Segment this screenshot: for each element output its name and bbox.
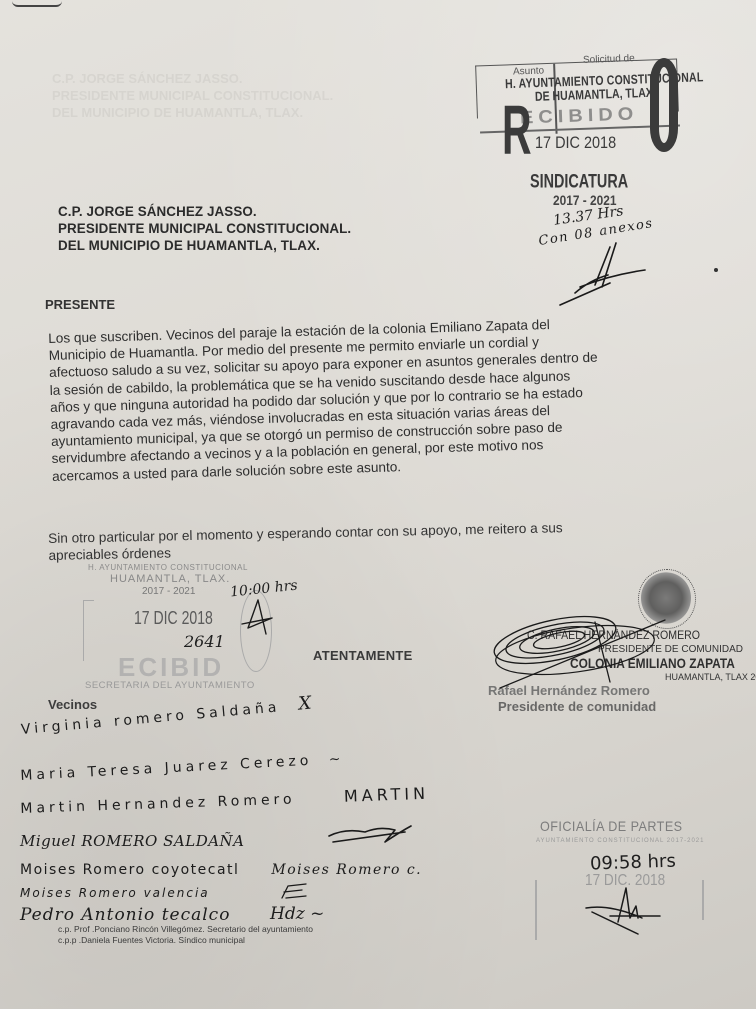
secretaria-stamp-header: H. AYUNTAMIENTO CONSTITUCIONAL — [88, 563, 248, 572]
salutation: PRESENTE — [45, 297, 115, 312]
oficialia-stamp-title: OFICIALÍA DE PARTES — [540, 818, 683, 834]
addressee-title: PRESIDENTE MUNICIPAL CONSTITUCIONAL. — [58, 220, 351, 237]
signature-row: Martin Hernandez Romero MARTIN — [20, 784, 429, 817]
oficialia-stamp-bracket — [535, 880, 537, 940]
handwritten-time: 09:58 hrs — [590, 851, 676, 875]
stamp-date: 17 DIC 2018 — [535, 133, 616, 153]
secretaria-stamp-years: 2017 - 2021 — [142, 586, 195, 597]
addressee-name: C.P. JORGE SÁNCHEZ JASSO. — [58, 203, 351, 220]
community-president-role: Presidente de comunidad — [498, 699, 656, 714]
closing-paragraph: Sin otro particular por el momento y esp… — [48, 519, 563, 564]
handwritten-folio: 2641 — [184, 632, 225, 651]
secretaria-stamp-date: 17 DIC 2018 — [134, 608, 213, 629]
signer-mark: Moises Romero c. — [271, 862, 422, 878]
signature-row: Moises Romero coyotecatl Moises Romero c… — [20, 862, 422, 878]
addressee-block: C.P. JORGE SÁNCHEZ JASSO. PRESIDENTE MUN… — [58, 203, 351, 254]
signer-name: Miguel ROMERO SALDAÑA — [20, 832, 245, 850]
secretaria-stamp-bracket — [83, 600, 94, 661]
signer-mark-scribble — [280, 880, 310, 902]
stamp-department: SINDICATURA — [530, 170, 628, 193]
addressee-municipality: DEL MUNICIPIO DE HUAMANTLA, TLAX. — [58, 237, 351, 254]
signature-row: Miguel ROMERO SALDAÑA — [20, 832, 245, 850]
signer-mark: Hdz ~ — [270, 904, 324, 924]
cc-line: c.p. Prof .Ponciano Rincón Villegómez. S… — [58, 924, 313, 934]
oficialia-stamp-subtitle: AYUNTAMIENTO CONSTITUCIONAL 2017-2021 — [536, 838, 704, 844]
vecinos-label: Vecinos — [48, 697, 97, 712]
cc-line: c.p.p .Daniela Fuentes Victoria. Síndico… — [58, 935, 245, 945]
signer-name: Pedro Antonio tecalco — [20, 905, 230, 925]
oficialia-signature — [580, 878, 670, 938]
bleed-through-text: C.P. JORGE SÁNCHEZ JASSO. PRESIDENTE MUN… — [52, 70, 333, 121]
secretaria-stamp-recibido: ECIBID — [118, 652, 224, 683]
corner-mark — [12, 0, 62, 7]
signer-name: Moises Romero coyotecatl — [20, 862, 239, 878]
signature-row: Moises Romero valencia — [20, 886, 210, 900]
signature-row: Pedro Antonio tecalco — [20, 905, 230, 925]
signer-mark: MARTIN — [344, 784, 430, 806]
reception-signature — [550, 235, 660, 310]
secretaria-stamp-city: HUAMANTLA, TLAX. — [110, 573, 230, 585]
stamp-recibido-text: ECIBIDO — [520, 104, 639, 129]
stamp-big-r: R — [502, 98, 532, 161]
signer-name: Moises Romero valencia — [20, 886, 210, 900]
body-paragraph: Los que suscriben. Vecinos del paraje la… — [48, 312, 712, 485]
signer-mark-scribble — [325, 822, 415, 852]
signer-name: Martin Hernandez Romero — [20, 791, 296, 817]
secretaria-stamp-footer: SECRETARIA DEL AYUNTAMIENTO — [85, 680, 255, 691]
community-president-signature — [485, 600, 730, 690]
oficialia-stamp-bracket — [702, 880, 704, 920]
stamp-big-o — [650, 58, 678, 152]
signer-mark: ~ — [328, 751, 345, 768]
signer-mark: X — [298, 692, 317, 714]
signer-name: Maria Teresa Juarez Cerezo — [20, 753, 313, 784]
signature-row: Maria Teresa Juarez Cerezo ~ — [20, 751, 345, 784]
stamp-solicitud-label: Solicitud de — [583, 53, 635, 66]
ink-dot — [714, 268, 718, 272]
secretaria-signature — [238, 598, 278, 640]
atentamente-label: ATENTAMENTE — [313, 648, 413, 663]
